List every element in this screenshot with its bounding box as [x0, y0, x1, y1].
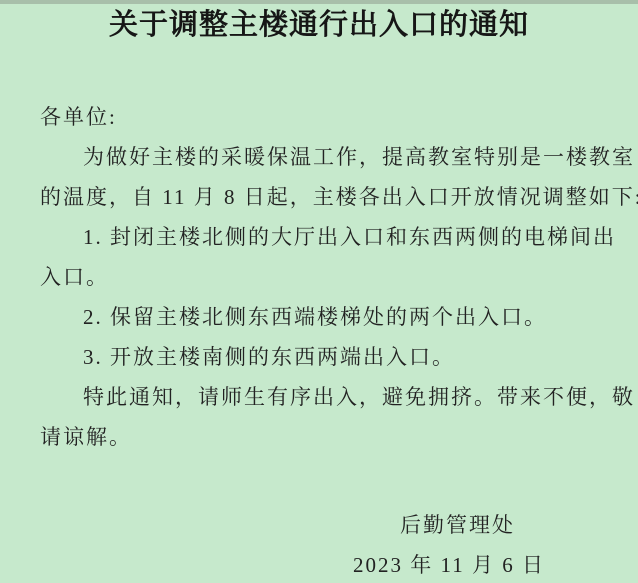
signature-block: 后勤管理处 2023 年 11 月 6 日 — [40, 505, 608, 583]
notice-line: 为做好主楼的采暖保温工作，提高教室特别是一楼教室 — [40, 137, 608, 177]
notice-line-item-1: 1. 封闭主楼北侧的大厅出入口和东西两侧的电梯间出 — [40, 217, 608, 257]
top-border-band — [0, 0, 638, 4]
notice-line: 入口。 — [40, 257, 608, 297]
notice-line-item-2: 2. 保留主楼北侧东西端楼梯处的两个出入口。 — [40, 297, 608, 337]
notice-line: 的温度，自 11 月 8 日起，主楼各出入口开放情况调整如下: — [40, 177, 608, 217]
signature-date: 2023 年 11 月 6 日 — [40, 545, 608, 583]
notice-line: 特此通知，请师生有序出入，避免拥挤。带来不便，敬 — [40, 377, 608, 417]
notice-body: 各单位: 为做好主楼的采暖保温工作，提高教室特别是一楼教室 的温度，自 11 月… — [0, 97, 638, 583]
salutation-line: 各单位: — [40, 97, 608, 137]
notice-title: 关于调整主楼通行出入口的通知 — [0, 8, 638, 42]
signature-org: 后勤管理处 — [40, 505, 608, 545]
notice-line-item-3: 3. 开放主楼南侧的东西两端出入口。 — [40, 337, 608, 377]
notice-line: 请谅解。 — [40, 417, 608, 457]
notice-page: { "page": { "background_color": "#c6e9cc… — [0, 0, 638, 583]
